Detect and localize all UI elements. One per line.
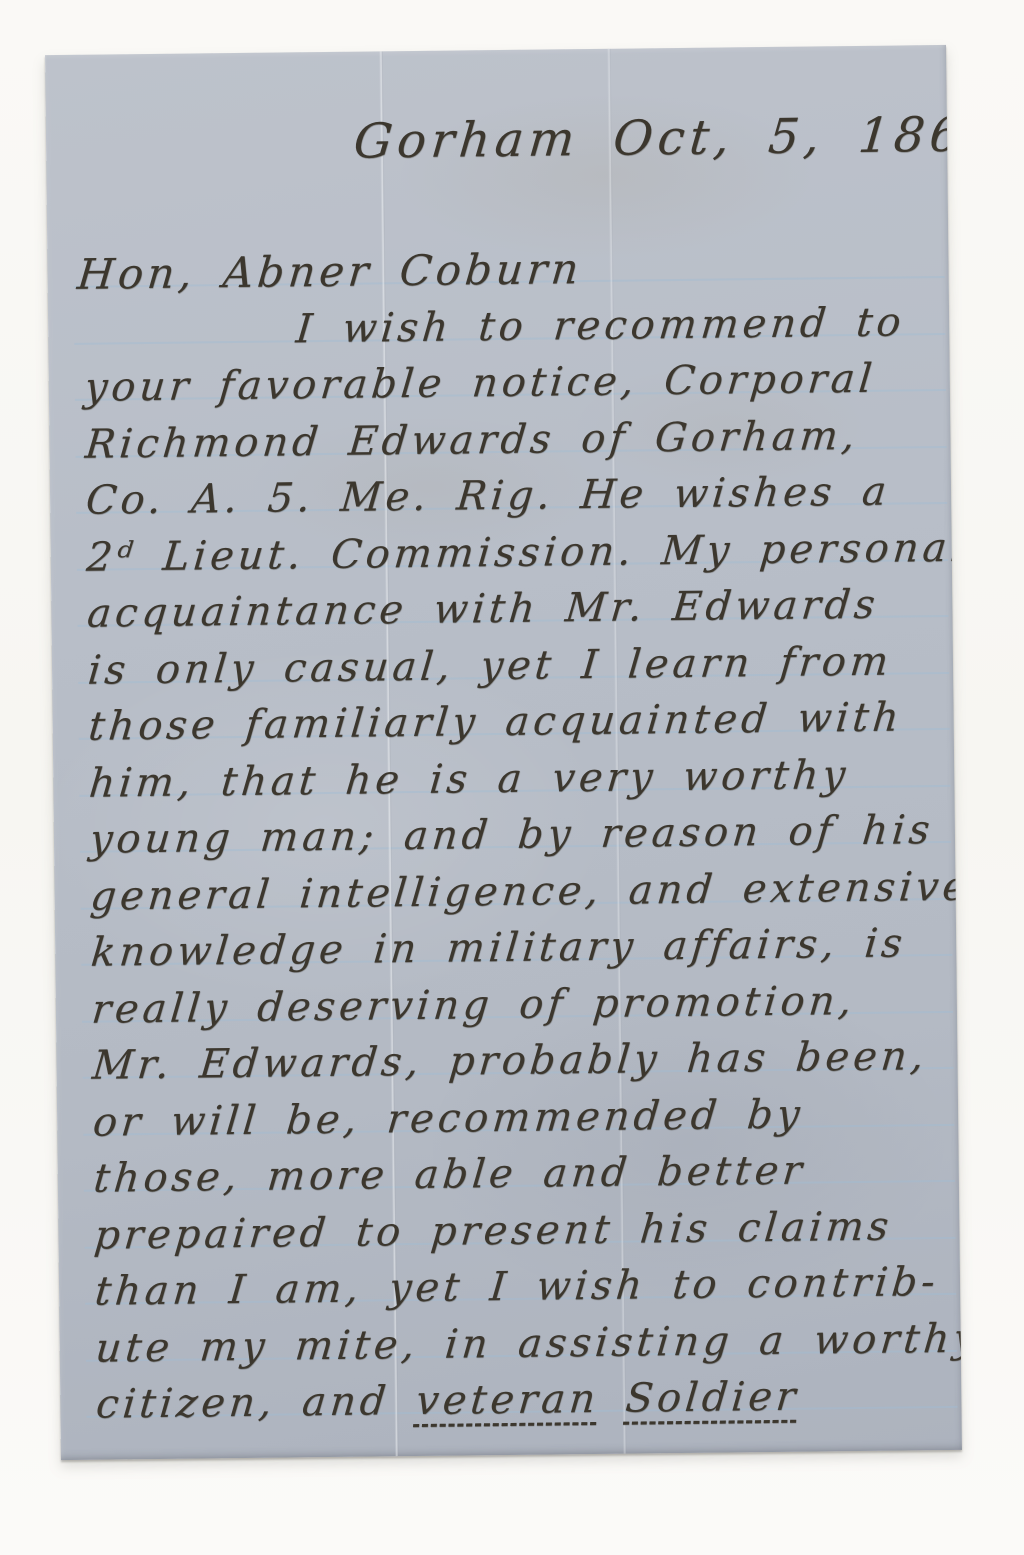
letter-line: him, that he is a very worthy — [51, 745, 957, 812]
letter-body: Hon, Abner Coburn I wish to recommend to… — [47, 237, 961, 1434]
letter-paper: Gorham Oct, 5, 1863 Hon, Abner Coburn I … — [45, 45, 962, 1460]
letter-line: really deserving of promotion, — [53, 971, 959, 1038]
letter-line: Richmond Edwards of Gorham, — [47, 406, 953, 473]
letter-line: general intelligence, and extensive — [52, 858, 958, 925]
underlined-word: Soldier — [624, 1374, 802, 1422]
letter-line: your favorable notice, Corporal — [46, 350, 952, 417]
letter-line: than I am, yet I wish to contrib- — [56, 1254, 961, 1321]
letter-line: 2ᵈ Lieut. Commission. My personal — [48, 519, 954, 586]
letter-line: or will be, recommended by — [55, 1084, 961, 1151]
letter-line: Co. A. 5. Me. Rig. He wishes a — [47, 463, 953, 530]
letter-line: I wish to recommend to — [46, 293, 952, 360]
letter-text: citizen, and — [94, 1378, 418, 1428]
letter-line: citizen, and veteran Soldier — [58, 1367, 962, 1434]
letter-line: is only casual, yet I learn from — [49, 632, 955, 699]
letter-line: Mr. Edwards, probably has been, — [54, 1028, 960, 1095]
underlined-word: veteran — [414, 1376, 601, 1424]
letter-line: ute my mite, in assisting a worthy — [57, 1310, 962, 1377]
letter-line: acquaintance with Mr. Edwards — [49, 576, 955, 643]
letter-line: prepaired to present his claims — [56, 1197, 962, 1264]
letter-line: those familiarly acquainted with — [50, 689, 956, 756]
letter-dateline: Gorham Oct, 5, 1863 — [351, 106, 962, 169]
letter-salutation: Hon, Abner Coburn — [45, 237, 951, 304]
letter-line: those, more able and better — [55, 1141, 961, 1208]
letter-line: young man; and by reason of his — [51, 802, 957, 869]
scanned-letter-photo: Gorham Oct, 5, 1863 Hon, Abner Coburn I … — [0, 0, 1024, 1555]
letter-line: knowledge in military affairs, is — [53, 915, 959, 982]
